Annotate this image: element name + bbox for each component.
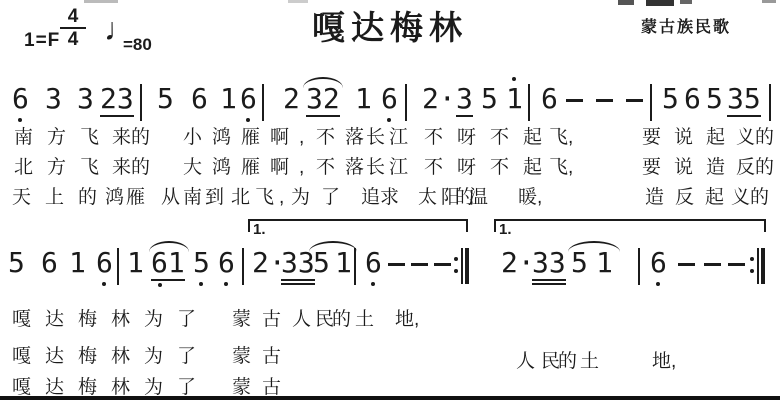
lyric-segment: 不呀不起 [424,157,556,178]
lyric-segment: 义的 [736,127,774,148]
cropped-text-fragment [618,0,634,5]
cropped-text-fragment [680,0,692,4]
note: 1 [355,84,372,114]
barline [242,248,244,285]
octave-dot-below [371,282,375,286]
barline [117,248,119,285]
note: 6 [365,248,382,278]
octave-dot-below [656,282,660,286]
note: 3 [45,84,62,114]
note: 2 [283,84,300,114]
tie-arc [568,241,620,252]
lyric-segment: 暖, [518,187,542,208]
note: 5 [157,84,174,114]
volta-bracket: 1. [248,219,468,232]
note: 5 [571,248,588,278]
note: 1 [596,248,613,278]
repeat-thick-line [465,248,469,284]
note: 6 [240,84,257,114]
lyric-segment: 来的 [112,157,150,178]
lyric-segment: 造反起 [645,187,735,208]
repeat-dot [454,257,458,261]
barline [769,84,771,121]
note: 6 [191,84,208,114]
note: 3 [77,84,94,114]
note: 2· [422,84,456,114]
lyric-segment: 民的 [315,309,349,330]
lyric-segment: 从南到 [161,187,227,208]
lyric-segment: 要说造 [642,157,738,178]
lyric-segment: 太 [418,187,437,208]
note: 1 [220,84,237,114]
note: 5 [481,84,498,114]
note: 1 [127,248,144,278]
duration-dash [678,263,695,266]
lyric-segment: 蒙古 [232,377,292,398]
sheet-music-page: 1=F 4 4 ♩ =80 嘎达梅林 蒙古族民歌 633235616232162… [0,0,780,400]
octave-dot-below [158,283,162,287]
lyric-segment: 民的 [541,351,575,372]
note: 5 [193,248,210,278]
note: 2· [501,248,535,278]
repeat-sign [454,248,469,284]
lyric-segment: 来的 [112,127,150,148]
duration-dash [388,263,405,266]
lyric-segment: 长江 [366,127,412,148]
octave-dot-below [102,282,106,286]
octave-dot-below [199,282,203,286]
cropped-text-fragment [646,0,674,6]
note: 5 [8,248,25,278]
note: 6 [41,248,58,278]
lyric-segment: 南方飞 [14,127,113,148]
lyric-segment: 鸿雁 [105,187,147,208]
lyric-segment: 小鸿雁啊, [183,127,314,148]
lyric-segment: 义的 [731,187,769,208]
lyric-segment: 大鸿雁啊, [183,157,314,178]
note: 5 [662,84,679,114]
barline [528,84,530,121]
volta-bracket: 1. [494,219,766,232]
lyric-segment: 嘎达梅林为了 [12,346,210,367]
lyric-segment: 天上的 [12,187,111,208]
lyric-segment: 地, [395,309,419,330]
note: 6 [12,84,29,114]
repeat-dot [750,257,754,261]
tie-arc [303,77,343,88]
repeat-dot [454,269,458,273]
lyric-segment: 嘎达梅林为了 [12,309,210,330]
note: 5 [313,248,330,278]
note: 35 [727,84,761,117]
barline [140,84,142,121]
repeat-dot [750,269,754,273]
cropped-text-fragment [762,0,776,3]
duration-dash [411,263,428,266]
note: 32 [306,84,340,117]
tie-arc [149,241,189,252]
note: 6 [381,84,398,114]
repeat-thick-line [761,248,765,284]
lyric-segment: 阳的温 [441,187,483,208]
volta-label: 1. [253,221,266,238]
lyric-segment: 飞, [549,157,573,178]
volta-label: 1. [499,221,512,238]
duration-dash [434,263,451,266]
duration-dash [566,99,583,102]
duration-dash [596,99,613,102]
lyric-segment: 要说起 [642,127,738,148]
song-source-label: 蒙古族民歌 [641,14,731,37]
repeat-sign [750,248,765,284]
lyric-segment: 土 [580,351,599,372]
repeat-thin-line [757,248,759,284]
cropped-text-fragment [84,0,118,3]
repeat-thin-line [461,248,463,284]
octave-dot-below [18,118,22,122]
note: 5 [706,84,723,114]
octave-dot-below [387,118,391,122]
octave-dot-below [224,282,228,286]
note: 61 [151,248,185,281]
lyric-segment: 地, [652,351,676,372]
barline [638,248,640,285]
lyric-segment: 反的 [736,157,774,178]
note: 23 [100,84,134,117]
tie-arc [309,241,357,252]
note: 33 [532,248,566,285]
lyric-segment: 嘎达梅林为了 [12,377,210,398]
octave-dot-below [246,118,250,122]
barline [405,84,407,121]
duration-dash [728,263,745,266]
lyric-segment: 蒙古人 [232,309,322,330]
note: 1 [69,248,86,278]
lyric-segment: 长江 [366,157,412,178]
duration-dash [704,263,721,266]
note: 6 [541,84,558,114]
note: 6 [650,248,667,278]
duration-dash [626,99,643,102]
barline [262,84,264,121]
lyric-segment: 追求 [361,187,399,208]
barline [650,84,652,121]
bottom-edge-rule [0,396,780,400]
lyric-segment: 土 [355,309,374,330]
note: 33 [281,248,315,285]
note: 3 [456,84,473,117]
lyric-segment: 人 [516,351,535,372]
note: 1 [335,248,352,278]
lyric-segment: 飞, [549,127,573,148]
cropped-text-fragment [288,0,308,3]
note: 1 [506,84,523,114]
octave-dot-above [512,77,516,81]
lyric-segment: 北方飞 [14,157,113,178]
lyric-segment: 为了 [291,187,351,208]
lyric-segment: 不呀不起 [424,127,556,148]
note: 6 [96,248,113,278]
lyric-segment: 蒙古 [232,346,292,367]
note: 6 [684,84,701,114]
note: 6 [218,248,235,278]
lyric-segment: 北飞, [231,187,289,208]
barline [354,248,356,285]
